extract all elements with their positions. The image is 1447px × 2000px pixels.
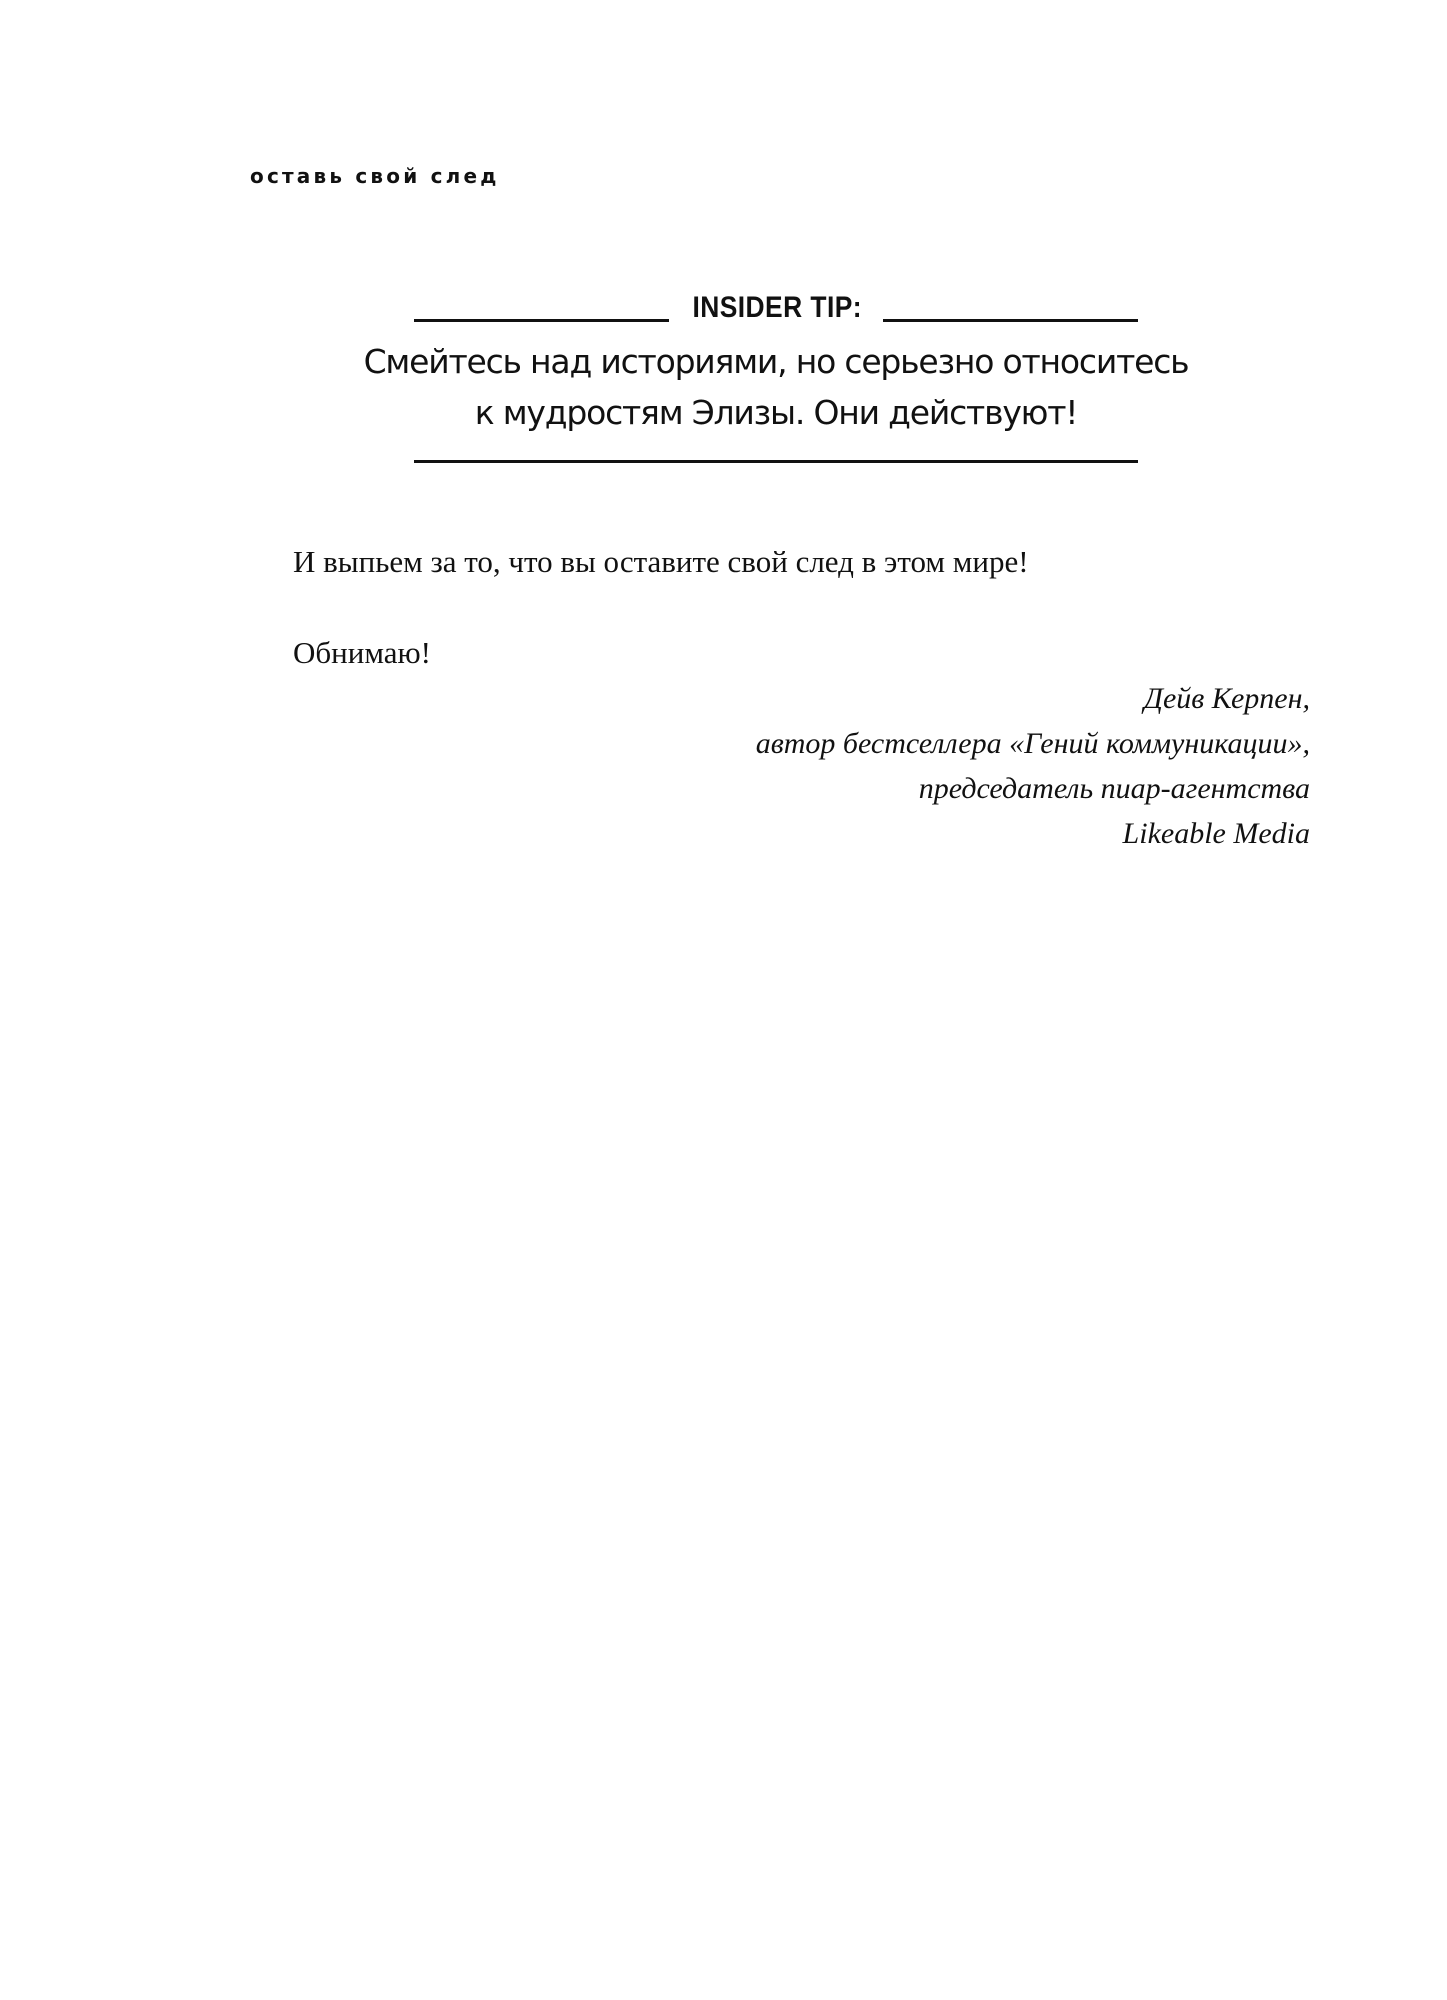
signature-name: Дейв Керпен,	[756, 676, 1310, 721]
signature-title: автор бестселлера «Гений коммуникации»,	[756, 721, 1310, 766]
running-head: оставь свой след	[250, 164, 500, 188]
insider-tip-box: INSIDER TIP: Смейтесь над историями, но …	[414, 290, 1138, 463]
insider-tip-text: Смейтесь над историями, но серьезно отно…	[326, 336, 1226, 438]
tip-rule-left	[414, 319, 669, 322]
insider-tip-line: к мудростям Элизы. Они действуют!	[326, 387, 1226, 438]
insider-tip-header: INSIDER TIP:	[414, 290, 1138, 326]
signature-block: Дейв Керпен, автор бестселлера «Гений ко…	[756, 676, 1310, 856]
paragraph-toast: И выпьем за то, что вы оставите свой сле…	[293, 542, 1029, 582]
tip-rule-right	[883, 319, 1138, 322]
paragraph-closing: Обнимаю!	[293, 633, 431, 673]
signature-company: Likeable Media	[756, 811, 1310, 856]
tip-rule-bottom	[414, 460, 1138, 463]
insider-tip-label: INSIDER TIP:	[682, 290, 871, 326]
insider-tip-line: Смейтесь над историями, но серьезно отно…	[326, 336, 1226, 387]
signature-position: председатель пиар-агентства	[756, 766, 1310, 811]
